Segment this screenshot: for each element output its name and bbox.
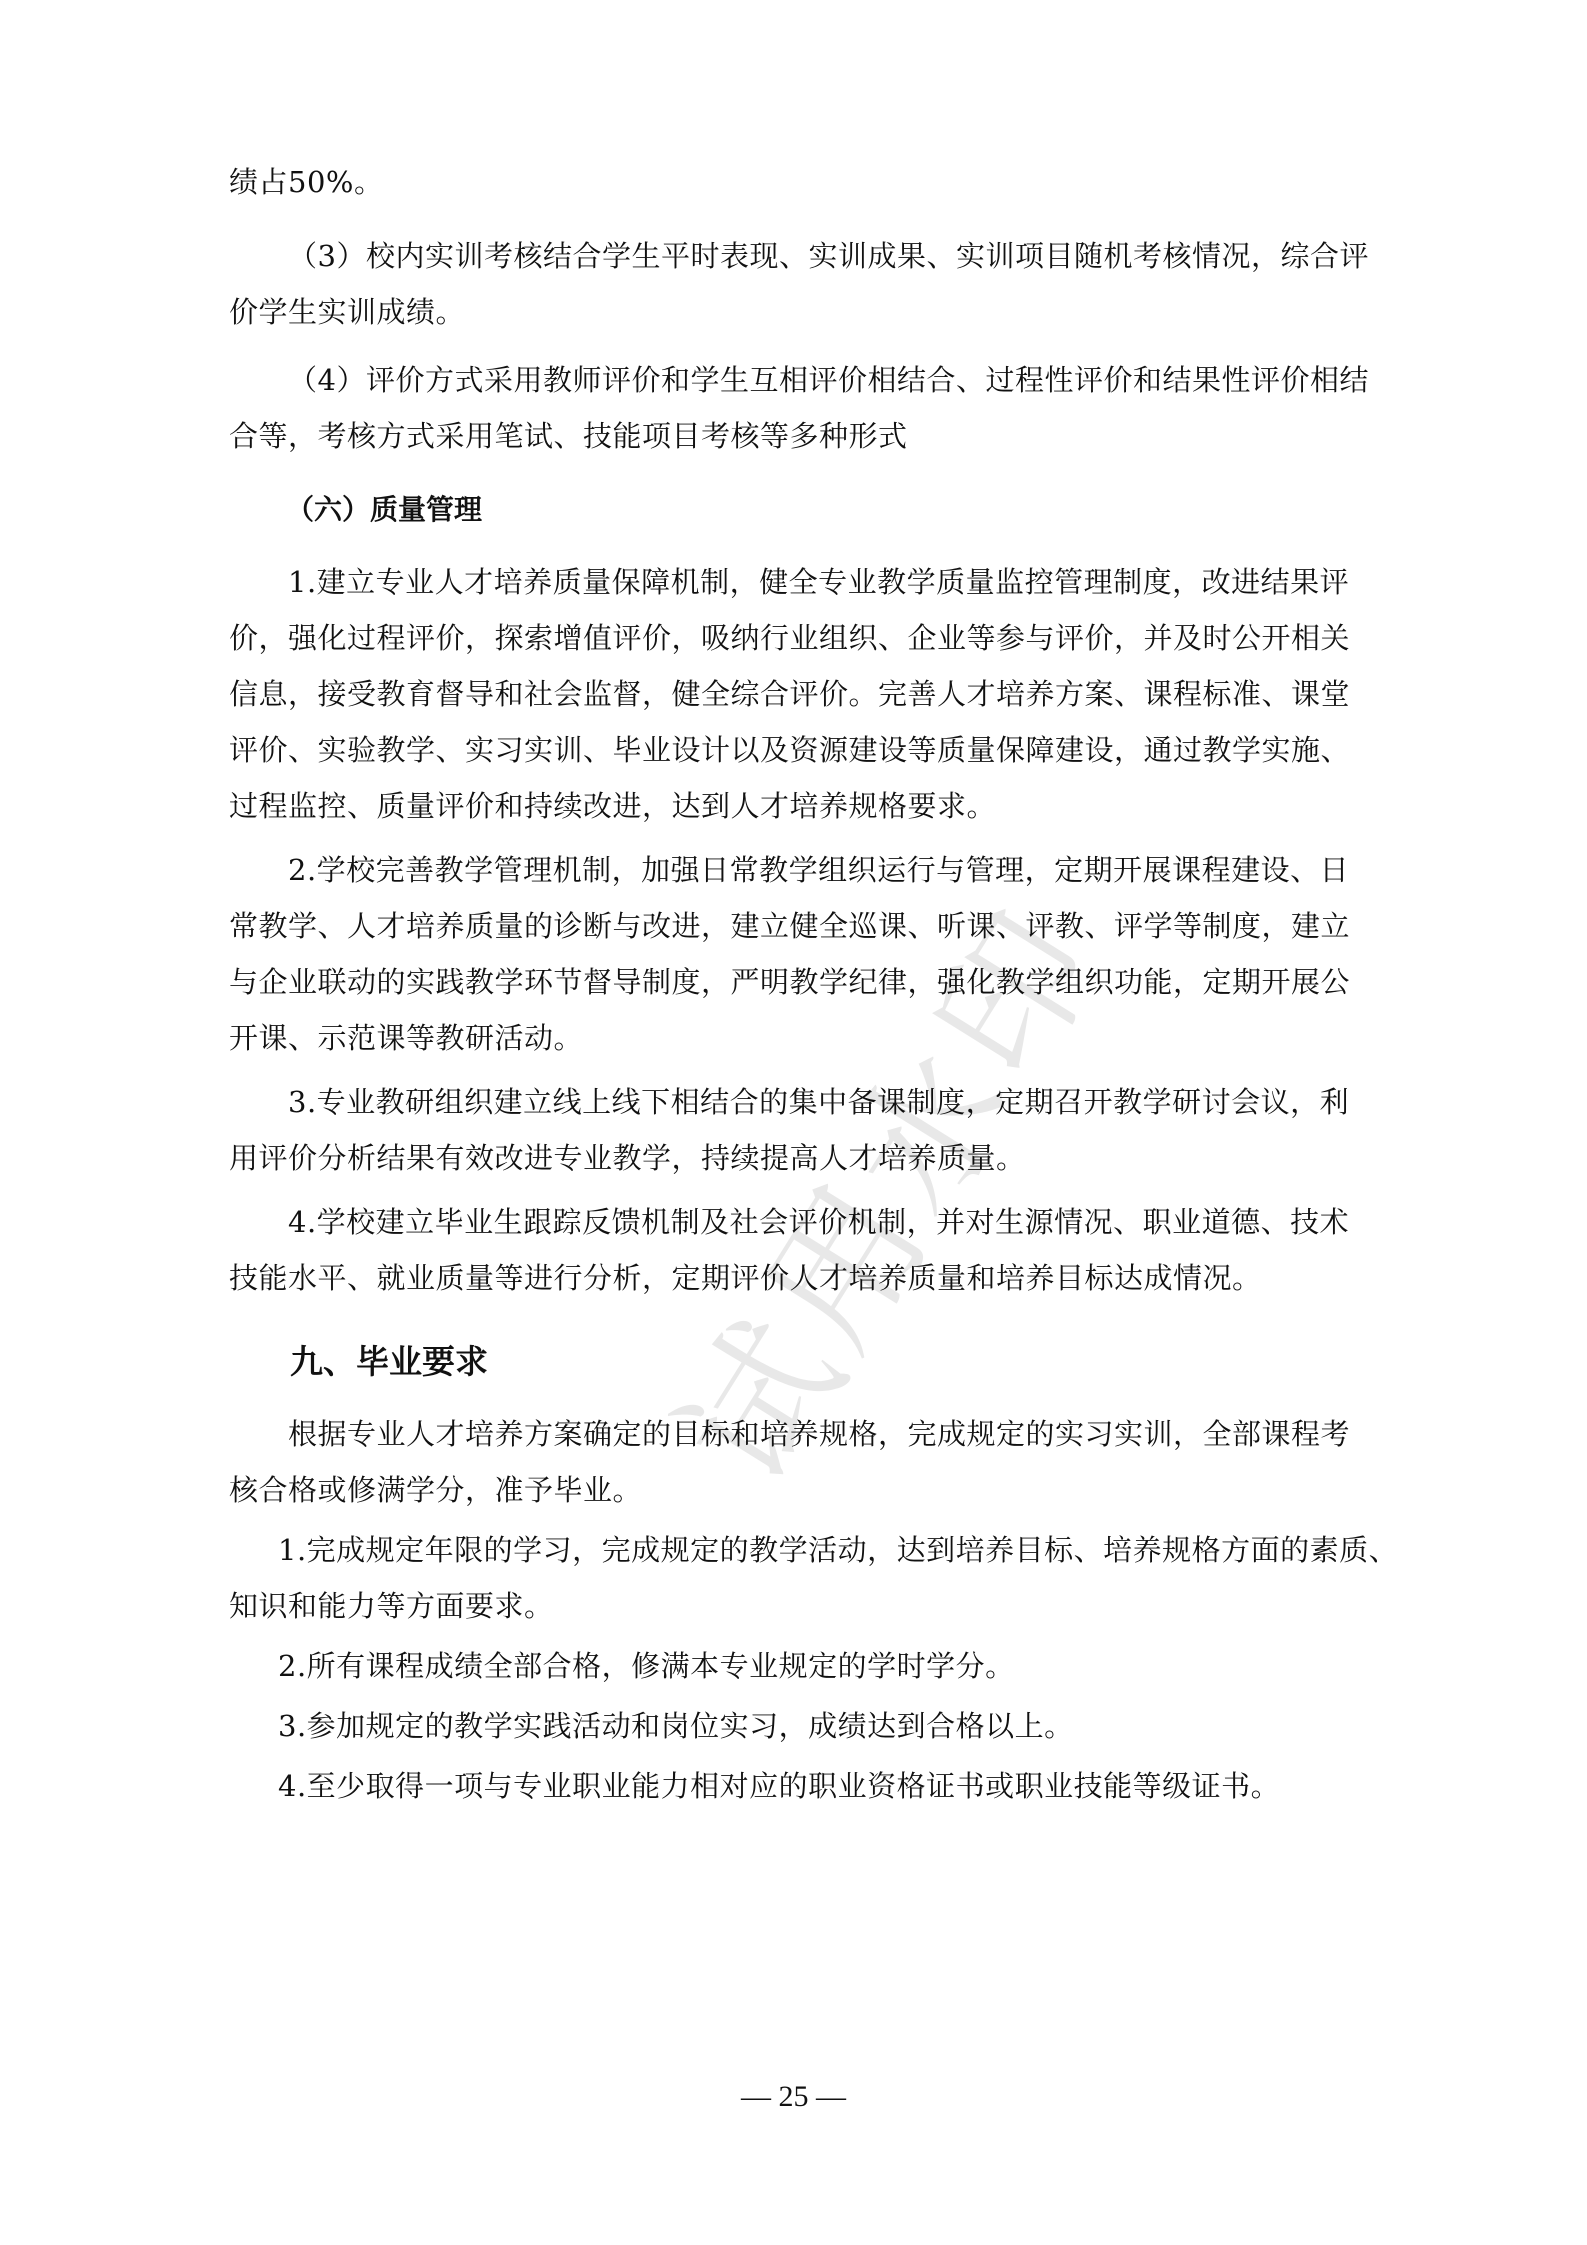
section-heading-quality: （六）质量管理 — [286, 488, 482, 528]
paragraph-line: 4.学校建立毕业生跟踪反馈机制及社会评价机制，并对生源情况、职业道德、技术 — [288, 1202, 1349, 1242]
paragraph-line: 用评价分析结果有效改进专业教学，持续提高人才培养质量。 — [229, 1138, 1026, 1178]
document-page: 绩占50%。 （3）校内实训考核结合学生平时表现、实训成果、实训项目随机考核情况… — [0, 0, 1587, 2245]
paragraph-line: 核合格或修满学分，准予毕业。 — [229, 1470, 642, 1510]
paragraph-line: 知识和能力等方面要求。 — [229, 1586, 554, 1626]
paragraph-line: （4）评价方式采用教师评价和学生互相评价相结合、过程性评价和结果性评价相结 — [288, 360, 1369, 400]
paragraph-line: 常教学、人才培养质量的诊断与改进，建立健全巡课、听课、评教、评学等制度，建立 — [229, 906, 1350, 946]
paragraph-line: 绩占50%。 — [229, 162, 383, 202]
section-heading-graduation: 九、毕业要求 — [290, 1336, 488, 1383]
page-number: — 25 — — [0, 2080, 1587, 2114]
paragraph-line: 合等，考核方式采用笔试、技能项目考核等多种形式 — [229, 416, 908, 456]
paragraph-line: 开课、示范课等教研活动。 — [229, 1018, 583, 1058]
paragraph-line: （3）校内实训考核结合学生平时表现、实训成果、实训项目随机考核情况，综合评 — [288, 236, 1369, 276]
paragraph-line: 技能水平、就业质量等进行分析，定期评价人才培养质量和培养目标达成情况。 — [229, 1258, 1262, 1298]
paragraph-line: 4.至少取得一项与专业职业能力相对应的职业资格证书或职业技能等级证书。 — [278, 1766, 1280, 1806]
paragraph-line: 评价、实验教学、实习实训、毕业设计以及资源建设等质量保障建设，通过教学实施、 — [229, 730, 1350, 770]
paragraph-line: 2.学校完善教学管理机制，加强日常教学组织运行与管理，定期开展课程建设、日 — [288, 850, 1349, 890]
paragraph-line: 1.建立专业人才培养质量保障机制，健全专业教学质量监控管理制度，改进结果评 — [288, 562, 1349, 602]
paragraph-line: 价，强化过程评价，探索增值评价，吸纳行业组织、企业等参与评价，并及时公开相关 — [229, 618, 1350, 658]
paragraph-line: 与企业联动的实践教学环节督导制度，严明教学纪律，强化教学组织功能，定期开展公 — [229, 962, 1350, 1002]
paragraph-line: 过程监控、质量评价和持续改进，达到人才培养规格要求。 — [229, 786, 996, 826]
paragraph-line: 价学生实训成绩。 — [229, 292, 465, 332]
paragraph-line: 2.所有课程成绩全部合格，修满本专业规定的学时学分。 — [278, 1646, 1015, 1686]
paragraph-line: 根据专业人才培养方案确定的目标和培养规格，完成规定的实习实训，全部课程考 — [288, 1414, 1350, 1454]
paragraph-line: 3.专业教研组织建立线上线下相结合的集中备课制度，定期召开教学研讨会议，利 — [288, 1082, 1349, 1122]
paragraph-line: 1.完成规定年限的学习，完成规定的教学活动，达到培养目标、培养规格方面的素质、 — [278, 1530, 1398, 1570]
paragraph-line: 信息，接受教育督导和社会监督，健全综合评价。完善人才培养方案、课程标准、课堂 — [229, 674, 1350, 714]
paragraph-line: 3.参加规定的教学实践活动和岗位实习，成绩达到合格以上。 — [278, 1706, 1074, 1746]
